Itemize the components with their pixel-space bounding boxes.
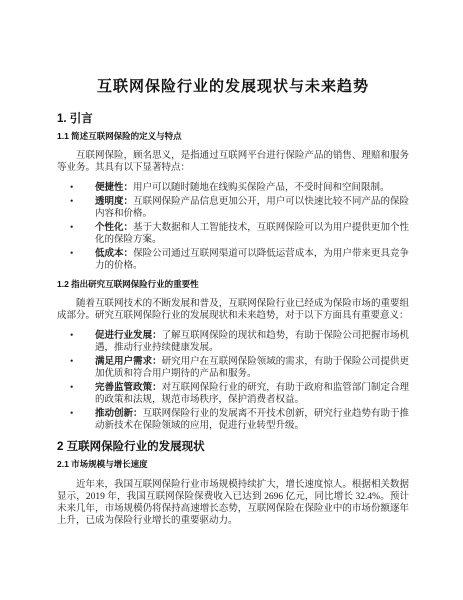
- list-item: 促进行业发展：了解互联网保险的现状和趋势，有助于保险公司把握市场机遇，推动行业持…: [57, 330, 409, 354]
- list-item: 便捷性：用户可以随时随地在线购买保险产品，不受时间和空间限制。: [57, 182, 409, 194]
- feature-list: 便捷性：用户可以随时随地在线购买保险产品，不受时间和空间限制。 透明度：互联网保…: [57, 182, 409, 272]
- significance-term: 促进行业发展：: [95, 331, 162, 341]
- feature-desc: 互联网保险产品信息更加公开，用户可以快速比较不同产品的保险内容和价格。: [95, 197, 409, 219]
- list-item: 个性化：基于大数据和人工智能技术，互联网保险可以为用户提供更加个性化的保险方案。: [57, 222, 409, 246]
- list-item: 低成本：保险公司通过互联网渠道可以降低运营成本，为用户带来更具竞争力的价格。: [57, 248, 409, 272]
- list-item: 推动创新：互联网保险行业的发展离不开技术创新，研究行业趋势有助于推动新技术在保险…: [57, 408, 409, 432]
- feature-term: 便捷性：: [95, 183, 133, 193]
- significance-list: 促进行业发展：了解互联网保险的现状和趋势，有助于保险公司把握市场机遇，推动行业持…: [57, 330, 409, 432]
- document-title: 互联网保险行业的发展现状与未来趋势: [57, 75, 409, 96]
- list-item: 完善监管政策：对互联网保险行业的研究，有助于政府和监管部门制定合理的政策和法规，…: [57, 382, 409, 406]
- feature-term: 低成本：: [95, 249, 133, 259]
- section-1-2-heading: 1.2 指出研究互联网保险行业的重要性: [57, 278, 409, 290]
- significance-desc: 互联网保险行业的发展离不开技术创新，研究行业趋势有助于推动新技术在保险领域的应用…: [95, 409, 409, 431]
- significance-term: 完善监管政策：: [95, 383, 162, 393]
- feature-term: 透明度：: [95, 197, 133, 207]
- importance-paragraph: 随着互联网技术的不断发展和普及，互联网保险行业已经成为保险市场的重要组成部分。研…: [57, 298, 409, 322]
- feature-desc: 用户可以随时随地在线购买保险产品，不受时间和空间限制。: [133, 183, 390, 193]
- feature-desc: 基于大数据和人工智能技术，互联网保险可以为用户提供更加个性化的保险方案。: [95, 223, 409, 245]
- feature-term: 个性化：: [95, 223, 133, 233]
- significance-term: 推动创新：: [95, 409, 143, 419]
- document-page: 互联网保险行业的发展现状与未来趋势 1. 引言 1.1 简述互联网保险的定义与特…: [0, 0, 463, 600]
- section-2-heading: 2 互联网保险行业的发展现状: [57, 438, 409, 454]
- list-item: 满足用户需求：研究用户在互联网保险领域的需求，有助于保险公司提供更加优质和符合用…: [57, 356, 409, 380]
- section-1-1-heading: 1.1 简述互联网保险的定义与特点: [57, 130, 409, 142]
- definition-paragraph: 互联网保险，顾名思义，是指通过互联网平台进行保险产品的销售、理赔和服务等业务。其…: [57, 150, 409, 174]
- section-1-heading: 1. 引言: [57, 110, 409, 126]
- list-item: 透明度：互联网保险产品信息更加公开，用户可以快速比较不同产品的保险内容和价格。: [57, 196, 409, 220]
- feature-desc: 保险公司通过互联网渠道可以降低运营成本，为用户带来更具竞争力的价格。: [95, 249, 409, 271]
- market-paragraph: 近年来，我国互联网保险行业市场规模持续扩大，增长速度惊人。根据相关数据显示，20…: [57, 479, 409, 527]
- section-2-1-heading: 2.1 市场规模与增长速度: [57, 458, 409, 470]
- significance-term: 满足用户需求：: [95, 357, 162, 367]
